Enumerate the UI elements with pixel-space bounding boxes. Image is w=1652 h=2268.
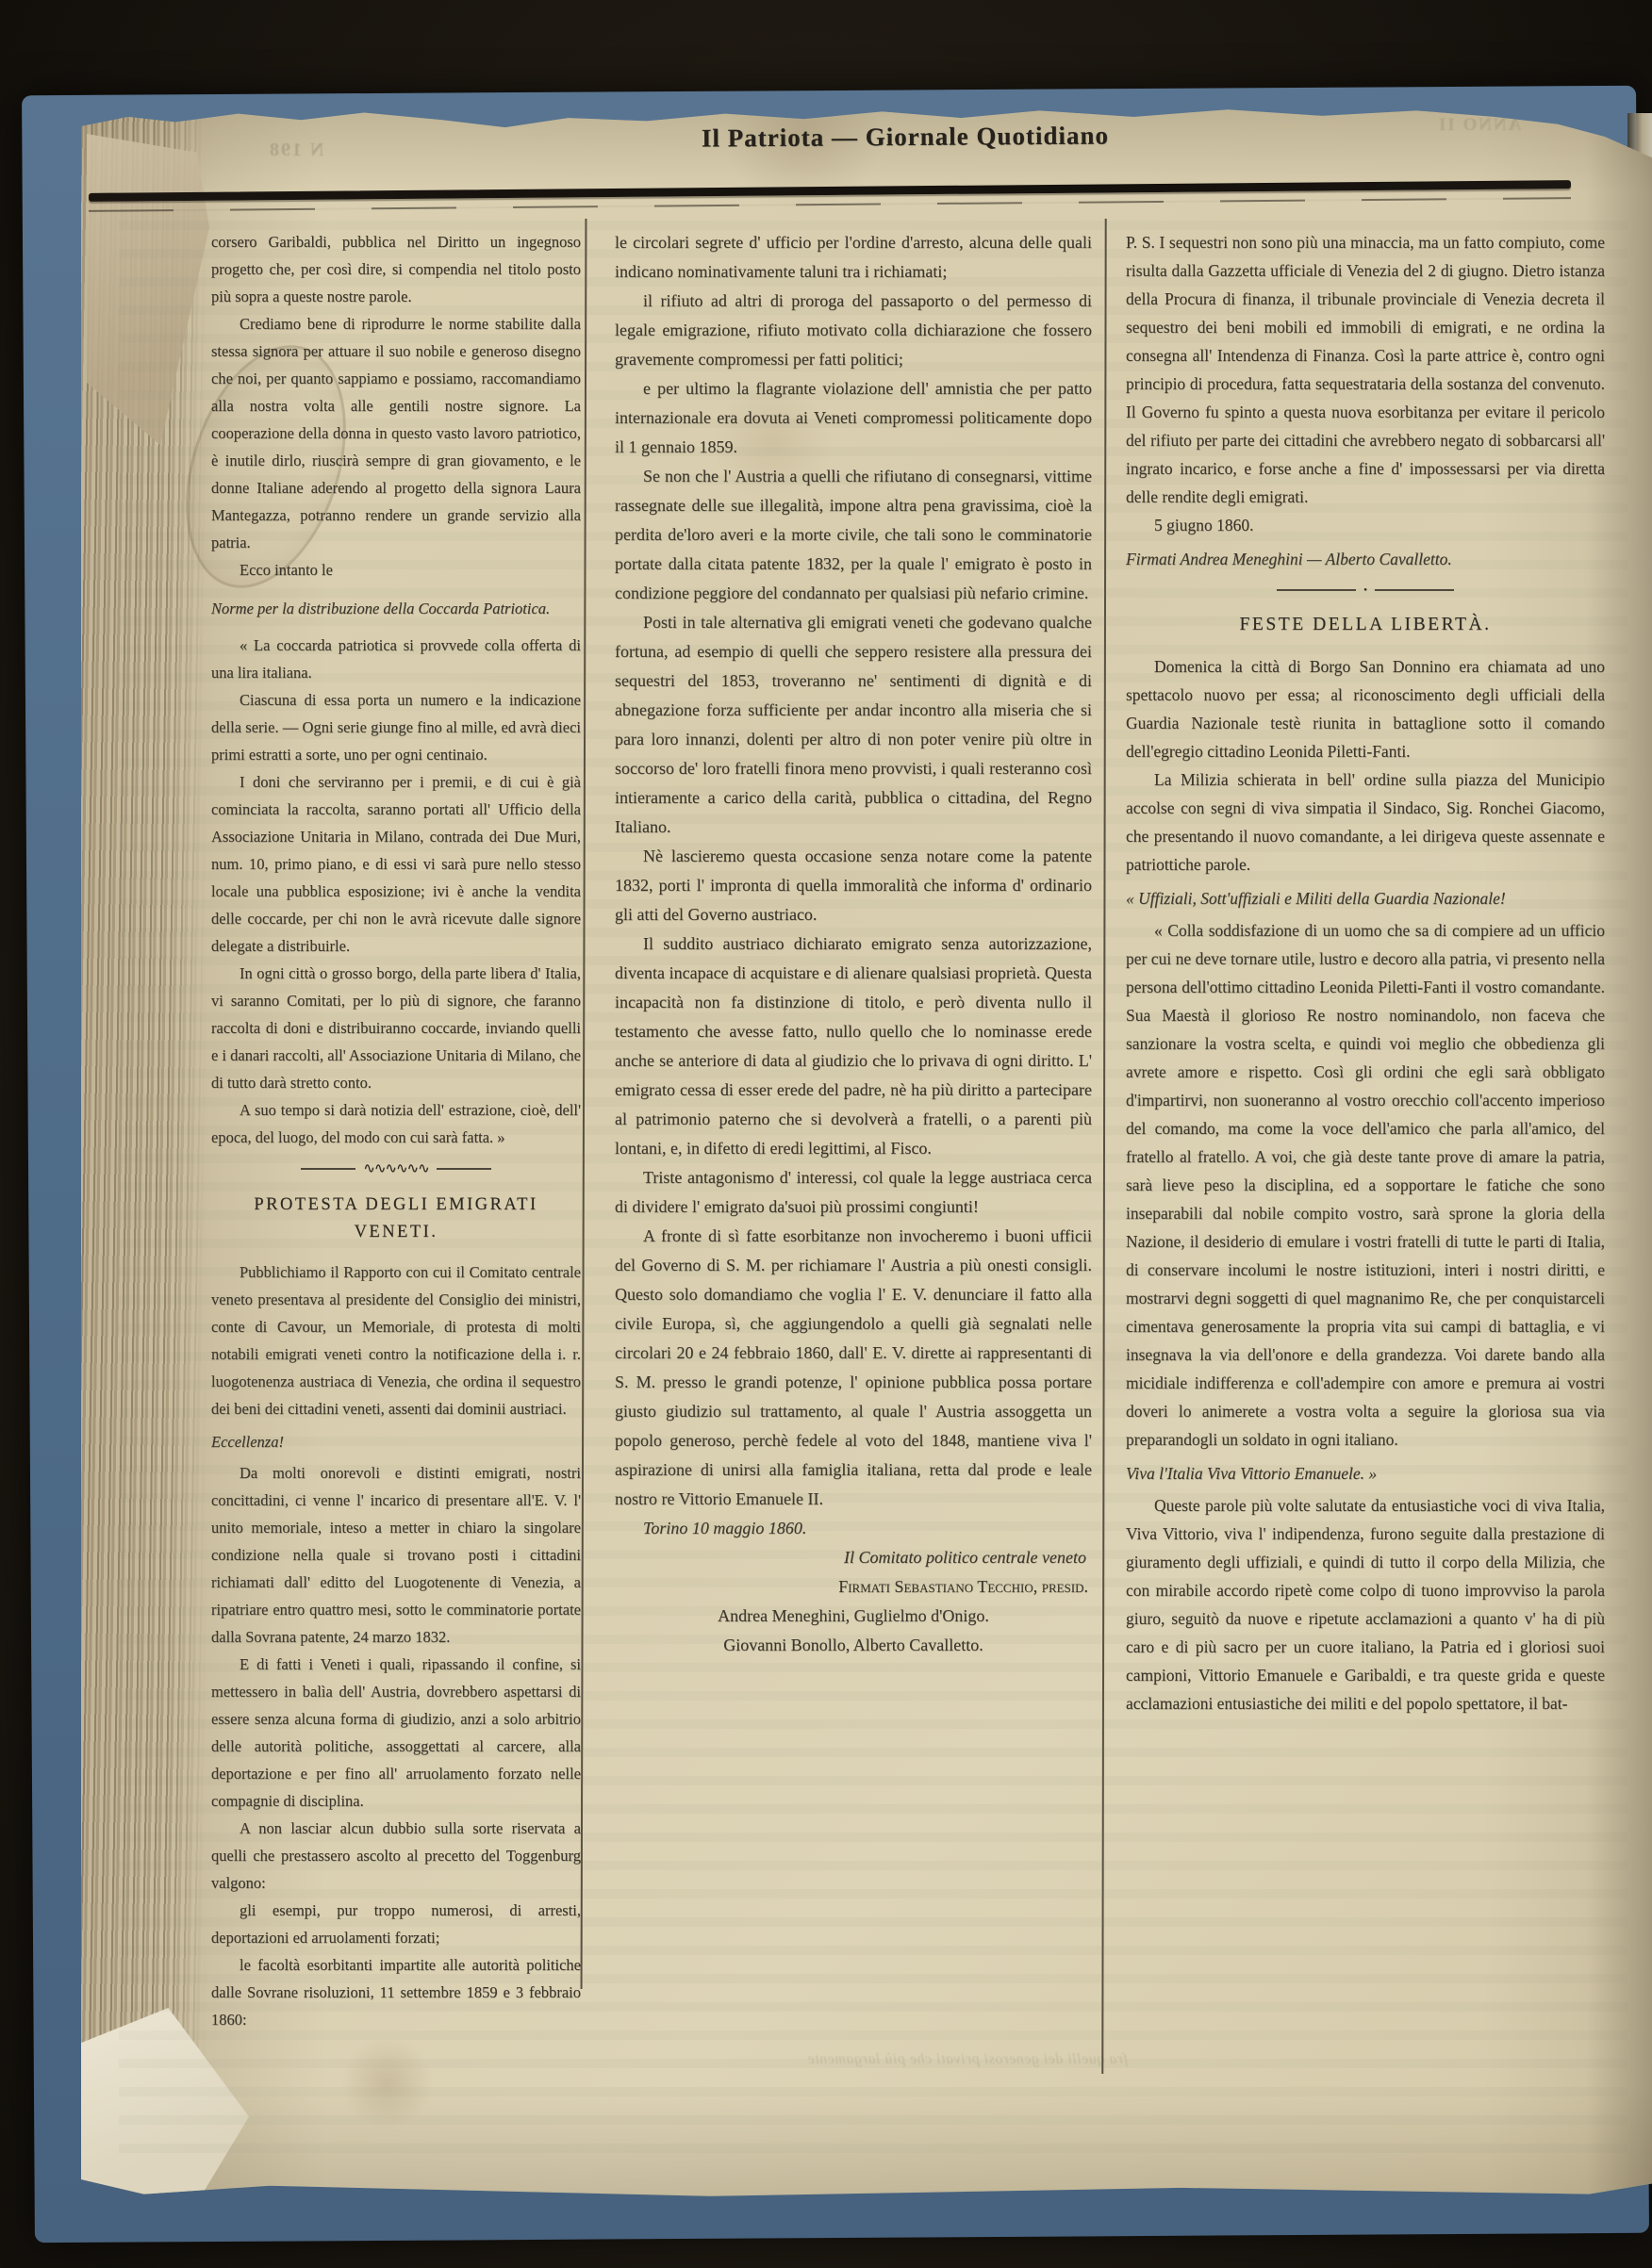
column-3: P. S. I sequestri non sono più una minac…	[1126, 228, 1605, 2155]
book-scan: { "masthead": { "title": "Il Patriota — …	[0, 0, 1652, 2268]
signature-line: Giovanni Bonollo, Alberto Cavalletto.	[615, 1631, 1092, 1660]
paragraph: La Milizia schierata in bell' ordine sul…	[1126, 765, 1605, 879]
paragraph: Nè lascieremo questa occasione senza not…	[615, 842, 1092, 929]
salutation: Eccellenza!	[211, 1428, 581, 1455]
norme-heading: Norme per la distribuzione della Coccard…	[211, 595, 581, 622]
paragraph: gli esempi, pur troppo numerosi, di arre…	[211, 1897, 581, 1951]
viva-line: Viva l'Italia Viva Vittorio Emanuele. »	[1126, 1459, 1605, 1487]
paragraph: Ciascuna di essa porta un numero e la in…	[211, 686, 581, 768]
column-divider	[1101, 219, 1106, 2074]
paragraph: A non lasciar alcun dubbio sulla sorte r…	[211, 1815, 581, 1897]
section-rule: •	[1126, 586, 1605, 594]
paragraph: Crediamo bene di riprodurre le norme sta…	[211, 310, 581, 556]
paragraph: E di fatti i Veneti i quali, ripassando …	[211, 1651, 581, 1815]
ornament-divider: ∿∿∿∿∿∿	[211, 1164, 581, 1174]
paragraph: le facoltà esorbitanti impartite alle au…	[211, 1951, 581, 2033]
paragraph: « La coccarda patriotica si provvede col…	[211, 632, 581, 686]
dateline: 5 giugno 1860.	[1126, 511, 1605, 539]
paragraph: Se non che l' Austria a quelli che rifiu…	[615, 462, 1092, 608]
newspaper-page: N 198 ANNO II fra quelli dei generosi pr…	[81, 107, 1652, 2198]
speech-heading: « Uffiziali, Sott'uffiziali e Militi del…	[1126, 884, 1605, 912]
paragraph: A suo tempo si darà notizia dell' estraz…	[211, 1096, 581, 1151]
dateline: Torino 10 maggio 1860.	[615, 1514, 1092, 1543]
paragraph: corsero Garibaldi, pubblica nel Diritto …	[211, 228, 581, 310]
signature-line: Firmati Sebastiano Tecchio, presid.	[615, 1572, 1092, 1602]
paragraph: Queste parole più volte salutate da entu…	[1126, 1491, 1605, 1717]
signature-line: Firmati Andrea Meneghini — Alberto Caval…	[1126, 545, 1605, 573]
paragraph: Pubblichiamo il Rapporto con cui il Comi…	[211, 1258, 581, 1422]
column-2: le circolari segrete d' ufficio per l'or…	[615, 228, 1092, 2142]
paragraph: Posti in tale alternativa gli emigrati v…	[615, 608, 1092, 842]
paragraph: Domenica la città di Borgo San Donnino e…	[1126, 652, 1605, 765]
paragraph: A fronte di sì fatte esorbitanze non inv…	[615, 1222, 1092, 1514]
column-divider	[581, 219, 587, 1989]
masthead-title: Il Patriota — Giornale Quotidiano	[641, 121, 1169, 154]
paragraph: il rifiuto ad altri di proroga del passa…	[615, 287, 1092, 374]
paragraph: le circolari segrete d' ufficio per l'or…	[615, 228, 1092, 287]
paragraph: I doni che serviranno per i premii, e di…	[211, 768, 581, 960]
protesta-heading: PROTESTA DEGLI EMIGRATI VENETI.	[211, 1191, 581, 1245]
paragraph: e per ultimo la flagrante violazione del…	[615, 374, 1092, 462]
paragraph: P. S. I sequestri non sono più una minac…	[1126, 228, 1605, 511]
paragraph: Da molti onorevoli e distinti emigrati, …	[211, 1459, 581, 1651]
signature-line: Il Comitato politico centrale veneto	[615, 1543, 1092, 1572]
paragraph: Ecco intanto le	[211, 556, 581, 583]
paragraph: Triste antagonismo d' interessi, col qua…	[615, 1163, 1092, 1222]
signature-line: Andrea Meneghini, Guglielmo d'Onigo.	[615, 1602, 1092, 1631]
paragraph: In ogni città o grosso borgo, della part…	[211, 960, 581, 1096]
paragraph: « Colla soddisfazione di un uomo che sa …	[1126, 916, 1605, 1454]
feste-heading: FESTE DELLA LIBERTÀ.	[1126, 611, 1605, 639]
show-through-issue-number: N 198	[268, 140, 323, 161]
paragraph: Il suddito austriaco dichiarato emigrato…	[615, 929, 1092, 1163]
column-1: corsero Garibaldi, pubblica nel Diritto …	[211, 228, 581, 2136]
